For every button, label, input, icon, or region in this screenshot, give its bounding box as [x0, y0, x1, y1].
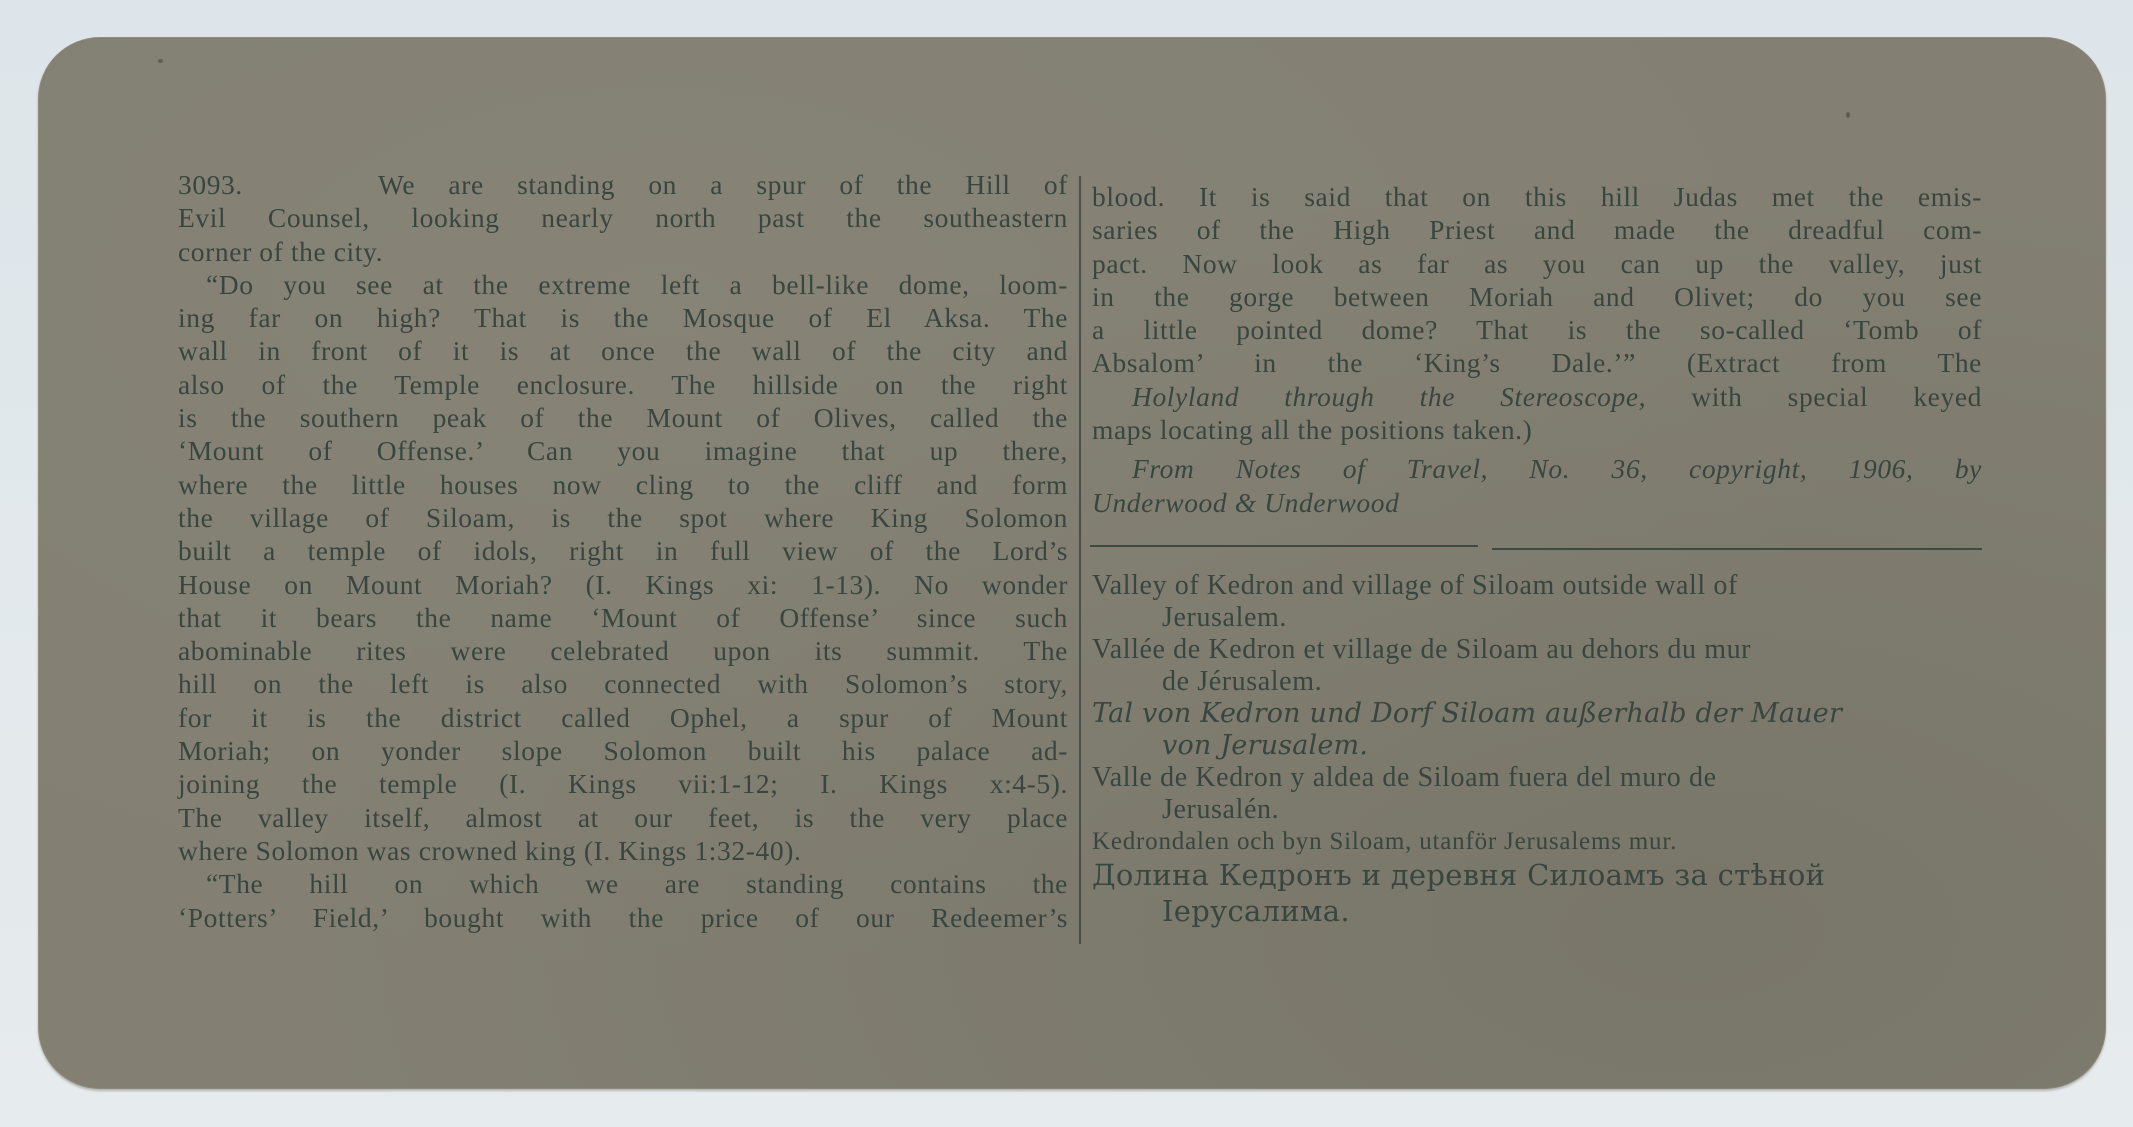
narrative-line: corner of the city.: [178, 235, 1068, 268]
paper-blemish: [158, 59, 163, 63]
column-divider: [1079, 176, 1081, 944]
narrative-left-column: 3093.We are standing on a spur of the Hi…: [178, 168, 1068, 934]
narrative-line: is the southern peak of the Mount of Oli…: [178, 401, 1068, 434]
narrative-line: Moriah; on yonder slope Solomon built hi…: [178, 734, 1068, 767]
narrative-line: blood. It is said that on this hill Juda…: [1092, 180, 1982, 213]
narrative-line: Evil Counsel, looking nearly north past …: [178, 201, 1068, 234]
caption-german: Tal von Kedron und Dorf Siloam außerhalb…: [1092, 698, 1982, 762]
narrative-line-first: 3093.We are standing on a spur of the Hi…: [178, 168, 1068, 201]
narrative-line: built a temple of idols, right in full v…: [178, 534, 1068, 567]
caption-russian: Долина Кедронъ и деревня Силоамъ за стѣн…: [1092, 857, 1982, 929]
narrative-line: the village of Siloam, is the spot where…: [178, 501, 1068, 534]
narrative-line: for it is the district called Ophel, a s…: [178, 701, 1068, 734]
caption-swedish: Kedrondalen och byn Siloam, utanför Jeru…: [1092, 826, 1982, 857]
narrative-line: “Do you see at the extreme left a bell-l…: [178, 268, 1068, 301]
narrative-line: joining the temple (I. Kings vii:1-12; I…: [178, 767, 1068, 800]
narrative-line: maps locating all the positions taken.): [1092, 413, 1982, 446]
narrative-line: where the little houses now cling to the…: [178, 468, 1068, 501]
narrative-line: hill on the left is also connected with …: [178, 667, 1068, 700]
narrative-line: where Solomon was crowned king (I. Kings…: [178, 834, 1068, 867]
narrative-line: saries of the High Priest and made the d…: [1092, 213, 1982, 246]
narrative-line: a little pointed dome? That is the so-ca…: [1092, 313, 1982, 346]
narrative-line-source: Holyland through the Stereoscope, with s…: [1092, 380, 1982, 413]
caption-english: Valley of Kedron and village of Siloam o…: [1092, 570, 1982, 634]
caption-french: Vallée de Kedron et village de Siloam au…: [1092, 634, 1982, 698]
caption-spanish: Valle de Kedron y aldea de Siloam fuera …: [1092, 762, 1982, 826]
narrative-line: Absalom’ in the ‘King’s Dale.’” (Extract…: [1092, 346, 1982, 379]
narrative-line: abominable rites were celebrated upon it…: [178, 634, 1068, 667]
source-title: Holyland through the Stereoscope,: [1132, 381, 1646, 412]
caption-separator-left: [1090, 545, 1478, 547]
credit-line: From Notes of Travel, No. 36, copyright,…: [1092, 452, 1982, 485]
narrative-line: also of the Temple enclosure. The hillsi…: [178, 368, 1068, 401]
narrative-line: pact. Now look as far as you can up the …: [1092, 247, 1982, 280]
caption-separator-right: [1492, 548, 1982, 550]
narrative-line: that it bears the name ‘Mount of Offense…: [178, 601, 1068, 634]
paper-blemish: [1846, 112, 1850, 118]
narrative-line: The valley itself, almost at our feet, i…: [178, 801, 1068, 834]
narrative-line: ‘Potters’ Field,’ bought with the price …: [178, 901, 1068, 934]
narrative-line: ‘Mount of Offense.’ Can you imagine that…: [178, 434, 1068, 467]
narrative-right-column: blood. It is said that on this hill Juda…: [1092, 180, 1982, 519]
narrative-line: wall in front of it is at once the wall …: [178, 334, 1068, 367]
multilingual-captions: Valley of Kedron and village of Siloam o…: [1092, 570, 1982, 929]
narrative-line: in the gorge between Moriah and Olivet; …: [1092, 280, 1982, 313]
credit-line: Underwood & Underwood: [1092, 486, 1982, 519]
copyright-credit: From Notes of Travel, No. 36, copyright,…: [1092, 452, 1982, 519]
narrative-line: ing far on high? That is the Mosque of E…: [178, 301, 1068, 334]
plate-number: 3093.: [178, 168, 378, 201]
narrative-line: House on Mount Moriah? (I. Kings xi: 1-1…: [178, 568, 1068, 601]
narrative-line: “The hill on which we are standing conta…: [178, 867, 1068, 900]
